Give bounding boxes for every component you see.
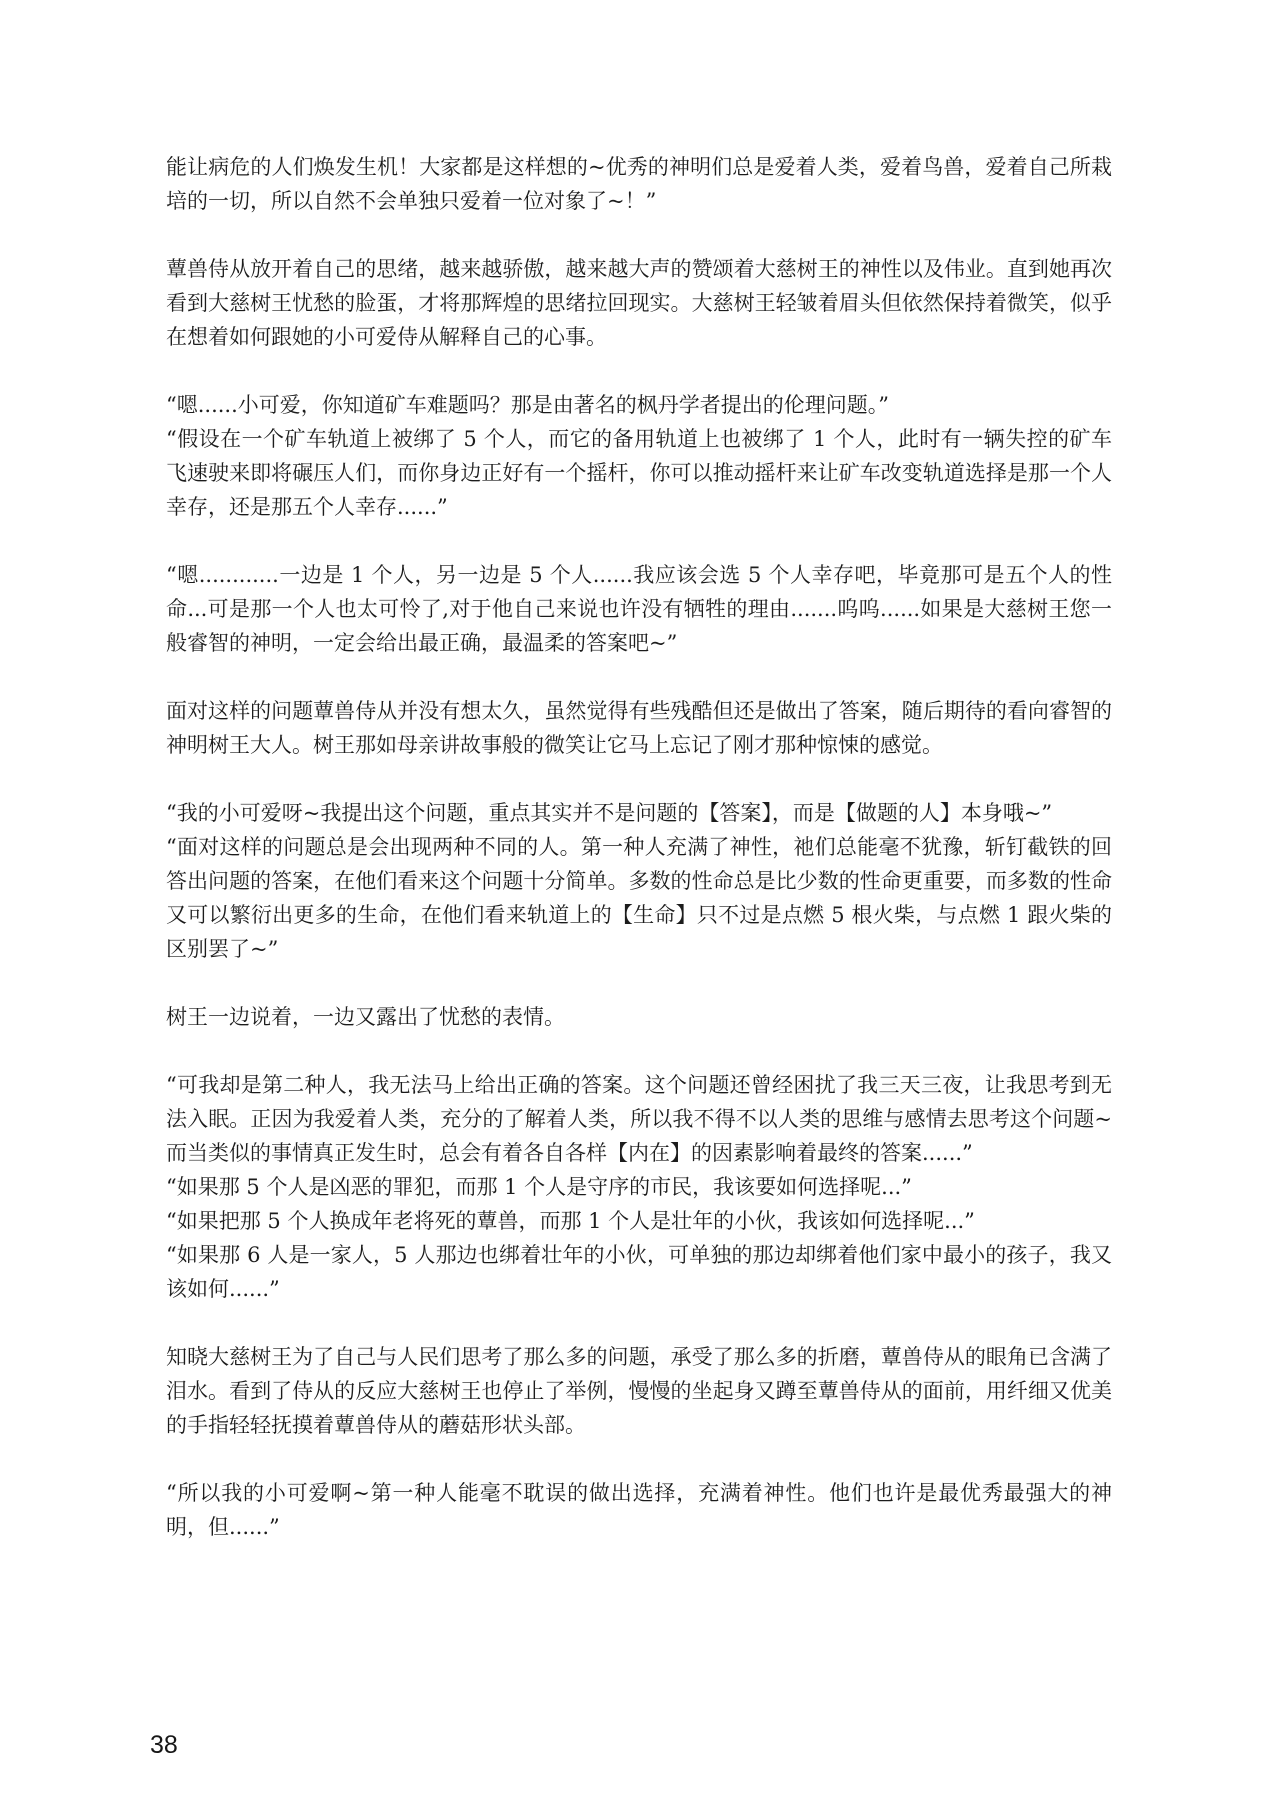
paragraph-quote-point: “我的小可爱呀~我提出这个问题，重点其实并不是问题的【答案】，而是【做题的人】本… — [166, 796, 1112, 830]
paragraph-continuation: 能让病危的人们焕发生机！大家都是这样想的~优秀的神明们总是爱着人类，爱着鸟兽，爱… — [166, 150, 1112, 218]
paragraph-narration-pride: 蕈兽侍从放开着自己的思绪，越来越骄傲，越来越大声的赞颂着大慈树王的神性以及伟业。… — [166, 252, 1112, 354]
paragraph-quote-servant-answer: “嗯............一边是 1 个人，另一边是 5 个人......我应… — [166, 558, 1112, 660]
paragraph-quote-second-kind: “可我却是第二种人，我无法马上给出正确的答案。这个问题还曾经困扰了我三天三夜，让… — [166, 1068, 1112, 1170]
paragraph-quote-trolley-intro: “嗯......小可爱，你知道矿车难题吗？那是由著名的枫丹学者提出的伦理问题。” — [166, 388, 1112, 422]
paragraph-narration-answer: 面对这样的问题蕈兽侍从并没有想太久，虽然觉得有些残酷但还是做出了答案，随后期待的… — [166, 694, 1112, 762]
paragraph-quote-conclusion: “所以我的小可爱啊~第一种人能毫不耽误的做出选择，充满着神性。他们也许是最优秀最… — [166, 1476, 1112, 1544]
document-page: 能让病危的人们焕发生机！大家都是这样想的~优秀的神明们总是爱着人类，爱着鸟兽，爱… — [0, 0, 1280, 1810]
paragraph-narration-sorrow: 树王一边说着，一边又露出了忧愁的表情。 — [166, 1000, 1112, 1034]
paragraph-narration-tears: 知晓大慈树王为了自己与人民们思考了那么多的问题，承受了那么多的折磨，蕈兽侍从的眼… — [166, 1340, 1112, 1442]
paragraph-quote-first-kind: “面对这样的问题总是会出现两种不同的人。第一种人充满了神性，祂们总能毫不犹豫，斩… — [166, 830, 1112, 966]
paragraph-quote-old-mushrooms: “如果把那 5 个人换成年老将死的蕈兽，而那 1 个人是壮年的小伙，我该如何选择… — [166, 1204, 1112, 1238]
paragraph-quote-trolley-setup: “假设在一个矿车轨道上被绑了 5 个人，而它的备用轨道上也被绑了 1 个人，此时… — [166, 422, 1112, 524]
paragraph-quote-criminals: “如果那 5 个人是凶恶的罪犯，而那 1 个人是守序的市民，我该要如何选择呢..… — [166, 1170, 1112, 1204]
page-number: 38 — [150, 1730, 178, 1760]
paragraph-quote-family: “如果那 6 人是一家人，5 人那边也绑着壮年的小伙，可单独的那边却绑着他们家中… — [166, 1238, 1112, 1306]
